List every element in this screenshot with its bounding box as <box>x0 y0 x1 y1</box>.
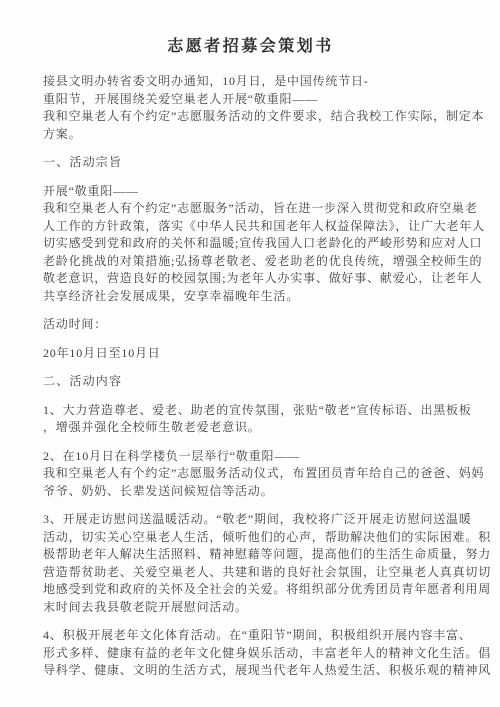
paragraph-line: ，增强并强化全校师生敬老爱老意识。 <box>43 419 458 437</box>
paragraph-line: 活动时间： <box>43 316 458 334</box>
paragraph: 2、在10月日在科学楼负一层举行“敬重阳——我和空巢老人有个约定”志愿服务活动仪… <box>43 448 458 501</box>
paragraph-line: 我和空巢老人有个约定”志愿服务活动仪式，布置团员青年给自己的爸爸、妈妈 <box>43 465 458 483</box>
paragraph: 1、大力营造尊老、爱老、助老的宣传氛围，张贴“敬老”宣传标语、出黑板板，增强并强… <box>43 402 458 437</box>
section-heading-text: 一、活动宗旨 <box>43 154 458 172</box>
document-body: 接县文明办转省委文明办通知，10月日，是中国传统节日-重阳节，开展围绕关爱空巢老… <box>43 73 458 680</box>
paragraph-line: 我和空巢老人有个约定”志愿服务活动的文件要求，结合我校工作实际，制定本 <box>43 108 458 126</box>
paragraph-line: 4、积极开展老年文化体育活动。在“重阳节”期间，积极组织开展内容丰富、 <box>43 627 458 645</box>
paragraph: 4、积极开展老年文化体育活动。在“重阳节”期间，积极组织开展内容丰富、形式多样、… <box>43 627 458 680</box>
paragraph-line: 老龄化挑战的对策措施;弘扬尊老敬老、爱老助老的优良传统，增强全校师生的 <box>43 253 458 271</box>
paragraph-line: 重阳节，开展围绕关爱空巢老人开展“敬重阳—— <box>43 91 458 109</box>
paragraph-line: 2、在10月日在科学楼负一层举行“敬重阳—— <box>43 448 458 466</box>
paragraph-line: 接县文明办转省委文明办通知，10月日，是中国传统节日- <box>43 73 458 91</box>
paragraph: 接县文明办转省委文明办通知，10月日，是中国传统节日-重阳节，开展围绕关爱空巢老… <box>43 73 458 143</box>
paragraph: 20年10月日至10月日 <box>43 345 458 363</box>
paragraph: 开展“敬重阳——我和空巢老人有个约定”志愿服务”活动，旨在进一步深入贯彻党和政府… <box>43 183 458 306</box>
paragraph-line: 末时间去我县敬老院开展慰问活动。 <box>43 599 458 617</box>
document-title: 志愿者招募会策划书 <box>43 36 458 58</box>
paragraph-line: 我和空巢老人有个约定”志愿服务”活动，旨在进一步深入贯彻党和政府空巢老 <box>43 200 458 218</box>
paragraph-line: 营造帮贫助老、关爱空巢老人、共建和谐的良好社会氛围，让空巢老人真真切切 <box>43 564 458 582</box>
paragraph-line: 地感受到党和政府的关怀及全社会的关爱。将组织部分优秀团员青年愿者利用周 <box>43 581 458 599</box>
section-heading: 二、活动内容 <box>43 373 458 391</box>
document-page: 志愿者招募会策划书 接县文明办转省委文明办通知，10月日，是中国传统节日-重阳节… <box>0 0 500 707</box>
paragraph-line: 极帮助老年人解决生活照料、精神慰藉等问题，提高他们的生活生命质量，努力 <box>43 546 458 564</box>
paragraph-line: 3、开展走访慰问送温暖活动。“敬老”期间，我校将广泛开展走访慰问送温暖 <box>43 511 458 529</box>
paragraph-line: 形式多样、健康有益的老年文化健身娱乐活动，丰富老年人的精神文化生活。倡 <box>43 645 458 663</box>
paragraph-line: 20年10月日至10月日 <box>43 345 458 363</box>
paragraph: 3、开展走访慰问送温暖活动。“敬老”期间，我校将广泛开展走访慰问送温暖活动，切实… <box>43 511 458 616</box>
section-heading: 一、活动宗旨 <box>43 154 458 172</box>
paragraph-line: 1、大力营造尊老、爱老、助老的宣传氛围，张贴“敬老”宣传标语、出黑板板 <box>43 402 458 420</box>
paragraph-line: 方案。 <box>43 126 458 144</box>
paragraph-line: 导科学、健康、文明的生活方式，展现当代老年人热爱生活、积极乐观的精神风 <box>43 662 458 680</box>
paragraph-line: 切实感受到党和政府的关怀和温暖;宣传我国人口老龄化的严峻形势和应对人口 <box>43 235 458 253</box>
paragraph: 活动时间： <box>43 316 458 334</box>
paragraph-line: 爷爷、奶奶、长辈发送问候短信等活动。 <box>43 483 458 501</box>
paragraph-line: 敬老意识，营造良好的校园氛围;为老年人办实事、做好事、献爱心，让老年人 <box>43 270 458 288</box>
paragraph-line: 共享经济社会发展成果，安享幸福晚年生活。 <box>43 288 458 306</box>
paragraph-line: 人工作的方针政策，落实《中华人民共和国老年人权益保障法》，让广大老年人 <box>43 218 458 236</box>
paragraph-line: 活动，切实关心空巢老人生活，倾听他们的心声，帮助解决他们的实际困难。积 <box>43 529 458 547</box>
section-heading-text: 二、活动内容 <box>43 373 458 391</box>
paragraph-line: 开展“敬重阳—— <box>43 183 458 201</box>
